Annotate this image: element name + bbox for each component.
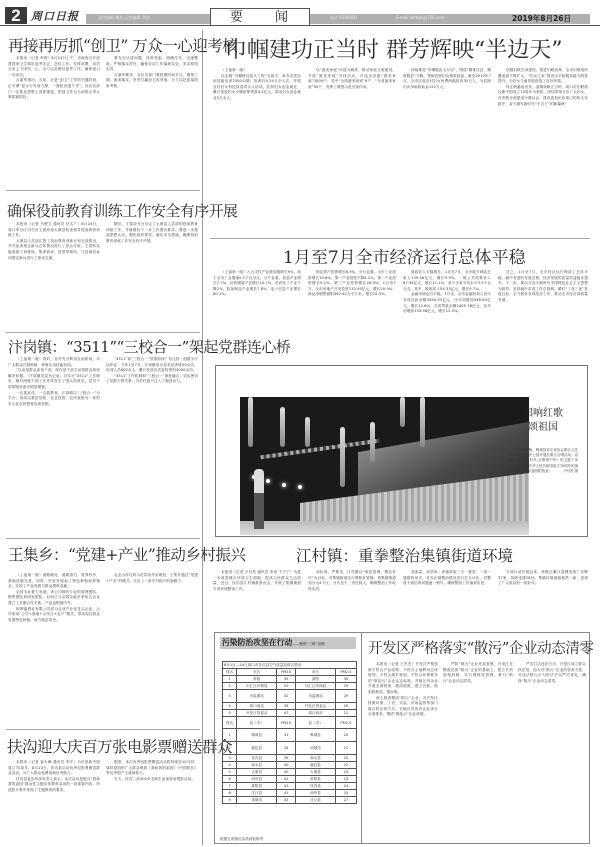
article-body-women-col3: 持续推进“巾帼脱贫大行动”，围绕“精准扶贫、精准脱贫”方略，帮助贫困妇女增收致富… <box>403 68 491 233</box>
table-row: 2鹿邑县34项城市21 <box>223 742 357 755</box>
divider <box>6 190 200 191</box>
article-body-fugou-col2: 据悉，本次优秀电影票赠送活动将持续至10月份，届时将组织广大群众观看《我和我的祖… <box>106 760 198 844</box>
article-body-sanwu-col1: 本报讯（记者 王杰杰）开发区严格按照不符合产业政策、不符合土地利用总体规划、不符… <box>368 662 438 837</box>
headline-fugou-movie[interactable]: 扶沟迎大庆百万张电影票赠送群众 <box>7 735 232 757</box>
table-row: 5太康县40太康县23 <box>223 769 357 776</box>
phone-text: 电话 8399000 <box>330 15 357 21</box>
article-body-women-col1: （上接第一版） 以实施“巾帼科技星火工程”为抓手，举办各类实用技能培训2300余… <box>213 68 301 233</box>
headline-sanwu[interactable]: 开发区严格落实“散污”企业动态清零 <box>368 637 594 658</box>
paper-logo: 周口日报 <box>31 8 79 24</box>
table-row: 6西华县41淮阳县23 <box>223 776 357 783</box>
air-quality-table: 8月1日—24日周口市各区县空气质量及排名情况 排名 市区 PM10 市区 PM… <box>222 661 357 804</box>
headline-chuangwei[interactable]: 再接再厉抓“创卫” 万众一心迎考核 <box>8 34 237 56</box>
divider <box>6 729 200 730</box>
table-row: 4商水县40鹿邑县22 <box>223 762 357 769</box>
article-body-women-col2: 以“最美家庭”评选为载体，推动家庭文明建设。开展“最美家庭”寻找活动，评选出各级… <box>308 68 396 233</box>
column-divider <box>202 30 203 845</box>
table-row: 2川汇区环保局41川汇区环保局29 <box>223 683 357 690</box>
table-row: 1淮阳35淮阳30 <box>223 676 357 683</box>
photo-caption: 8月24日晚，郸城县音乐家协会联合文艺合唱团在县人民公园开展红歌大合唱活动。活动… <box>508 448 578 474</box>
article-body-economy-col4: 总之，1月至7月，全市经济运行保持了总体平稳、稳中有进的发展态势，经济发展的质量… <box>498 270 588 360</box>
table-header-row: 排名 市区 PM10 市区 PM2.5 <box>223 669 357 676</box>
headline-wangji[interactable]: 王集乡：“党建+产业”推动乡村振兴 <box>8 543 245 565</box>
article-body-jiangcun-col1: 本报讯（记者 卢付昌 通讯员 申成 于宁宁）为进一步改善镇区环境卫生面貌，提高人… <box>213 570 301 625</box>
article-body-women-col4: 加强妇联自身建设，推进妇联改革，全市妇联组织覆盖面不断扩大，“妇女之家”建设水平… <box>498 68 588 233</box>
article-body-fugou-col1: 本报讯（记者 崔永峰 通讯员 李冬）为庆祝新中国成立70周年，8月23日，扶沟县… <box>8 760 100 844</box>
headline-economy[interactable]: 1月至7月全市经济运行总体平稳 <box>283 243 526 268</box>
article-body-wangji-col2: 农业合作社的示范带动作用明显，王集乡通过“党建+产业”的模式，走出了一条乡村振兴… <box>106 573 198 725</box>
divider <box>6 332 200 333</box>
article-body-training-col1: 本报讯（记者 马俊卫 通讯员 岳名广）8月24日，周口军分区司令员王春冲到太康县… <box>8 222 100 332</box>
article-body-jiangcun-col2: 高标准、严要求，江村镇以“规范管理、整洁有序”为目标，对集镇街道实行网格化管理，… <box>308 570 396 625</box>
headline-education-training[interactable]: 确保役前教育训练工作安全有序开展 <box>7 200 237 221</box>
article-body-sanwu-col3: 严厉打击违法行为，开发区成立联合执法组，加大对“散污”企业的检查力度，对违法排污… <box>518 662 586 837</box>
article-body-economy-col2: 固定资产投资增长8.9%，分行业看，全市工业投资增长10.6%，第一产业投资下降… <box>308 270 396 360</box>
table-row: 8沈丘县41西华县25 <box>223 790 357 797</box>
headline-women[interactable]: 巾帼建功正当时 群芳辉映“半边天” <box>225 33 563 64</box>
masthead-rule <box>0 25 600 26</box>
table-header-row: 排名 县（市） PM10 县（市） PM2.5 <box>223 717 357 729</box>
table-row: 9项城市43沈丘县27 <box>223 797 357 804</box>
table-row: 3扶沟县39商水县22 <box>223 755 357 762</box>
table-row: 1郸城县31郸城县20 <box>223 729 357 742</box>
table-row: 3市监测站42市监测站29 <box>223 690 357 703</box>
table-row: 7淮阳县41扶沟县24 <box>223 783 357 790</box>
article-body-economy-col3: 财政收入平稳增长。1月至7月，全市地方财政总收入139.56亿元，增长9.9%，… <box>403 270 491 360</box>
table-footnote: 根据完成情况由高到低排列 <box>220 837 263 842</box>
article-body-sanwu-col2: 严防“散污”企业死灰复燃，开发区在整改完善“散污”企业的基础上，建立长效管理机制… <box>443 662 513 837</box>
table-row: 4周口西站44开发区管委会29 <box>223 703 357 710</box>
article-body-economy-col1: （上接第一版）六大支柱产业增加值增长9%，高于全市工业增速0.1个百分点。分产业… <box>213 270 301 360</box>
divider <box>210 238 590 239</box>
table-caption: 8月1日—24日周口市各区县空气质量及排名情况 <box>223 662 357 669</box>
email-text: E-mail:zkrbgs@126.com <box>396 15 445 20</box>
section-title: 要 闻 <box>210 8 310 26</box>
article-body-biangang-col2: “3511”和“三校合一”效果如何？有这样一组数字可以印证：今年1至7月，汴岗镇… <box>106 357 198 529</box>
choir-photo[interactable] <box>240 397 529 535</box>
masthead: 2 周口日报 责任编辑 魏东 运营编辑 刘涛 电话 8399000 E-mail… <box>0 0 600 24</box>
article-body-training-col2: 随后，王春冲充分肯定了太康县人武部的役前教育训练工作，并就做好下一步工作提出要求… <box>106 222 198 332</box>
article-body-chuangwei-col1: 本报讯（记者 李莉）8月24日上午，市政府召开创建国家卫生城市迎考评会，总结工作… <box>8 56 100 176</box>
article-body-jiangcun-col3: 高质量、高效率，该镇采取三天一督查、一周一通报的形式，对各区域整治情况进行打分评… <box>403 570 491 625</box>
divider <box>6 538 200 539</box>
article-body-chuangwei-col2: 要充分认清问题，找准差距，明确任务，迅速整改，严格落实责任，确保各项工作落到实处… <box>106 56 198 176</box>
photo-caption-title: 唱响红歌 颂祖国 <box>508 407 578 435</box>
issue-date: 2019年8月26日 <box>512 14 571 24</box>
table-row: 5开发区管委会47周口西站21 <box>223 710 357 717</box>
editor-credits: 责任编辑 魏东 运营编辑 刘涛 <box>98 15 150 21</box>
article-body-jiangcun-col4: 专项行动开展以来，该镇已累计清理违规广告牌37家，拆除违建28处，集镇环境面貌焕… <box>498 570 588 625</box>
headline-jiangcun[interactable]: 江村镇：重拳整治集镇街道环境 <box>296 544 513 566</box>
article-body-wangji-col1: （上接第一版）道路硬化、道路清扫、管养有序，基础设施完善。同时，村里发展起了特色… <box>8 573 100 725</box>
article-body-biangang-col1: （上接第一版）同时，各村充分利用农闲时间，对广大群众开展种植、养殖实用技能培训。… <box>8 357 100 529</box>
pollution-section-banner: 污染防治攻坚在行动——聚焦“三散”治理 <box>220 637 356 649</box>
page-number: 2 <box>5 7 27 24</box>
